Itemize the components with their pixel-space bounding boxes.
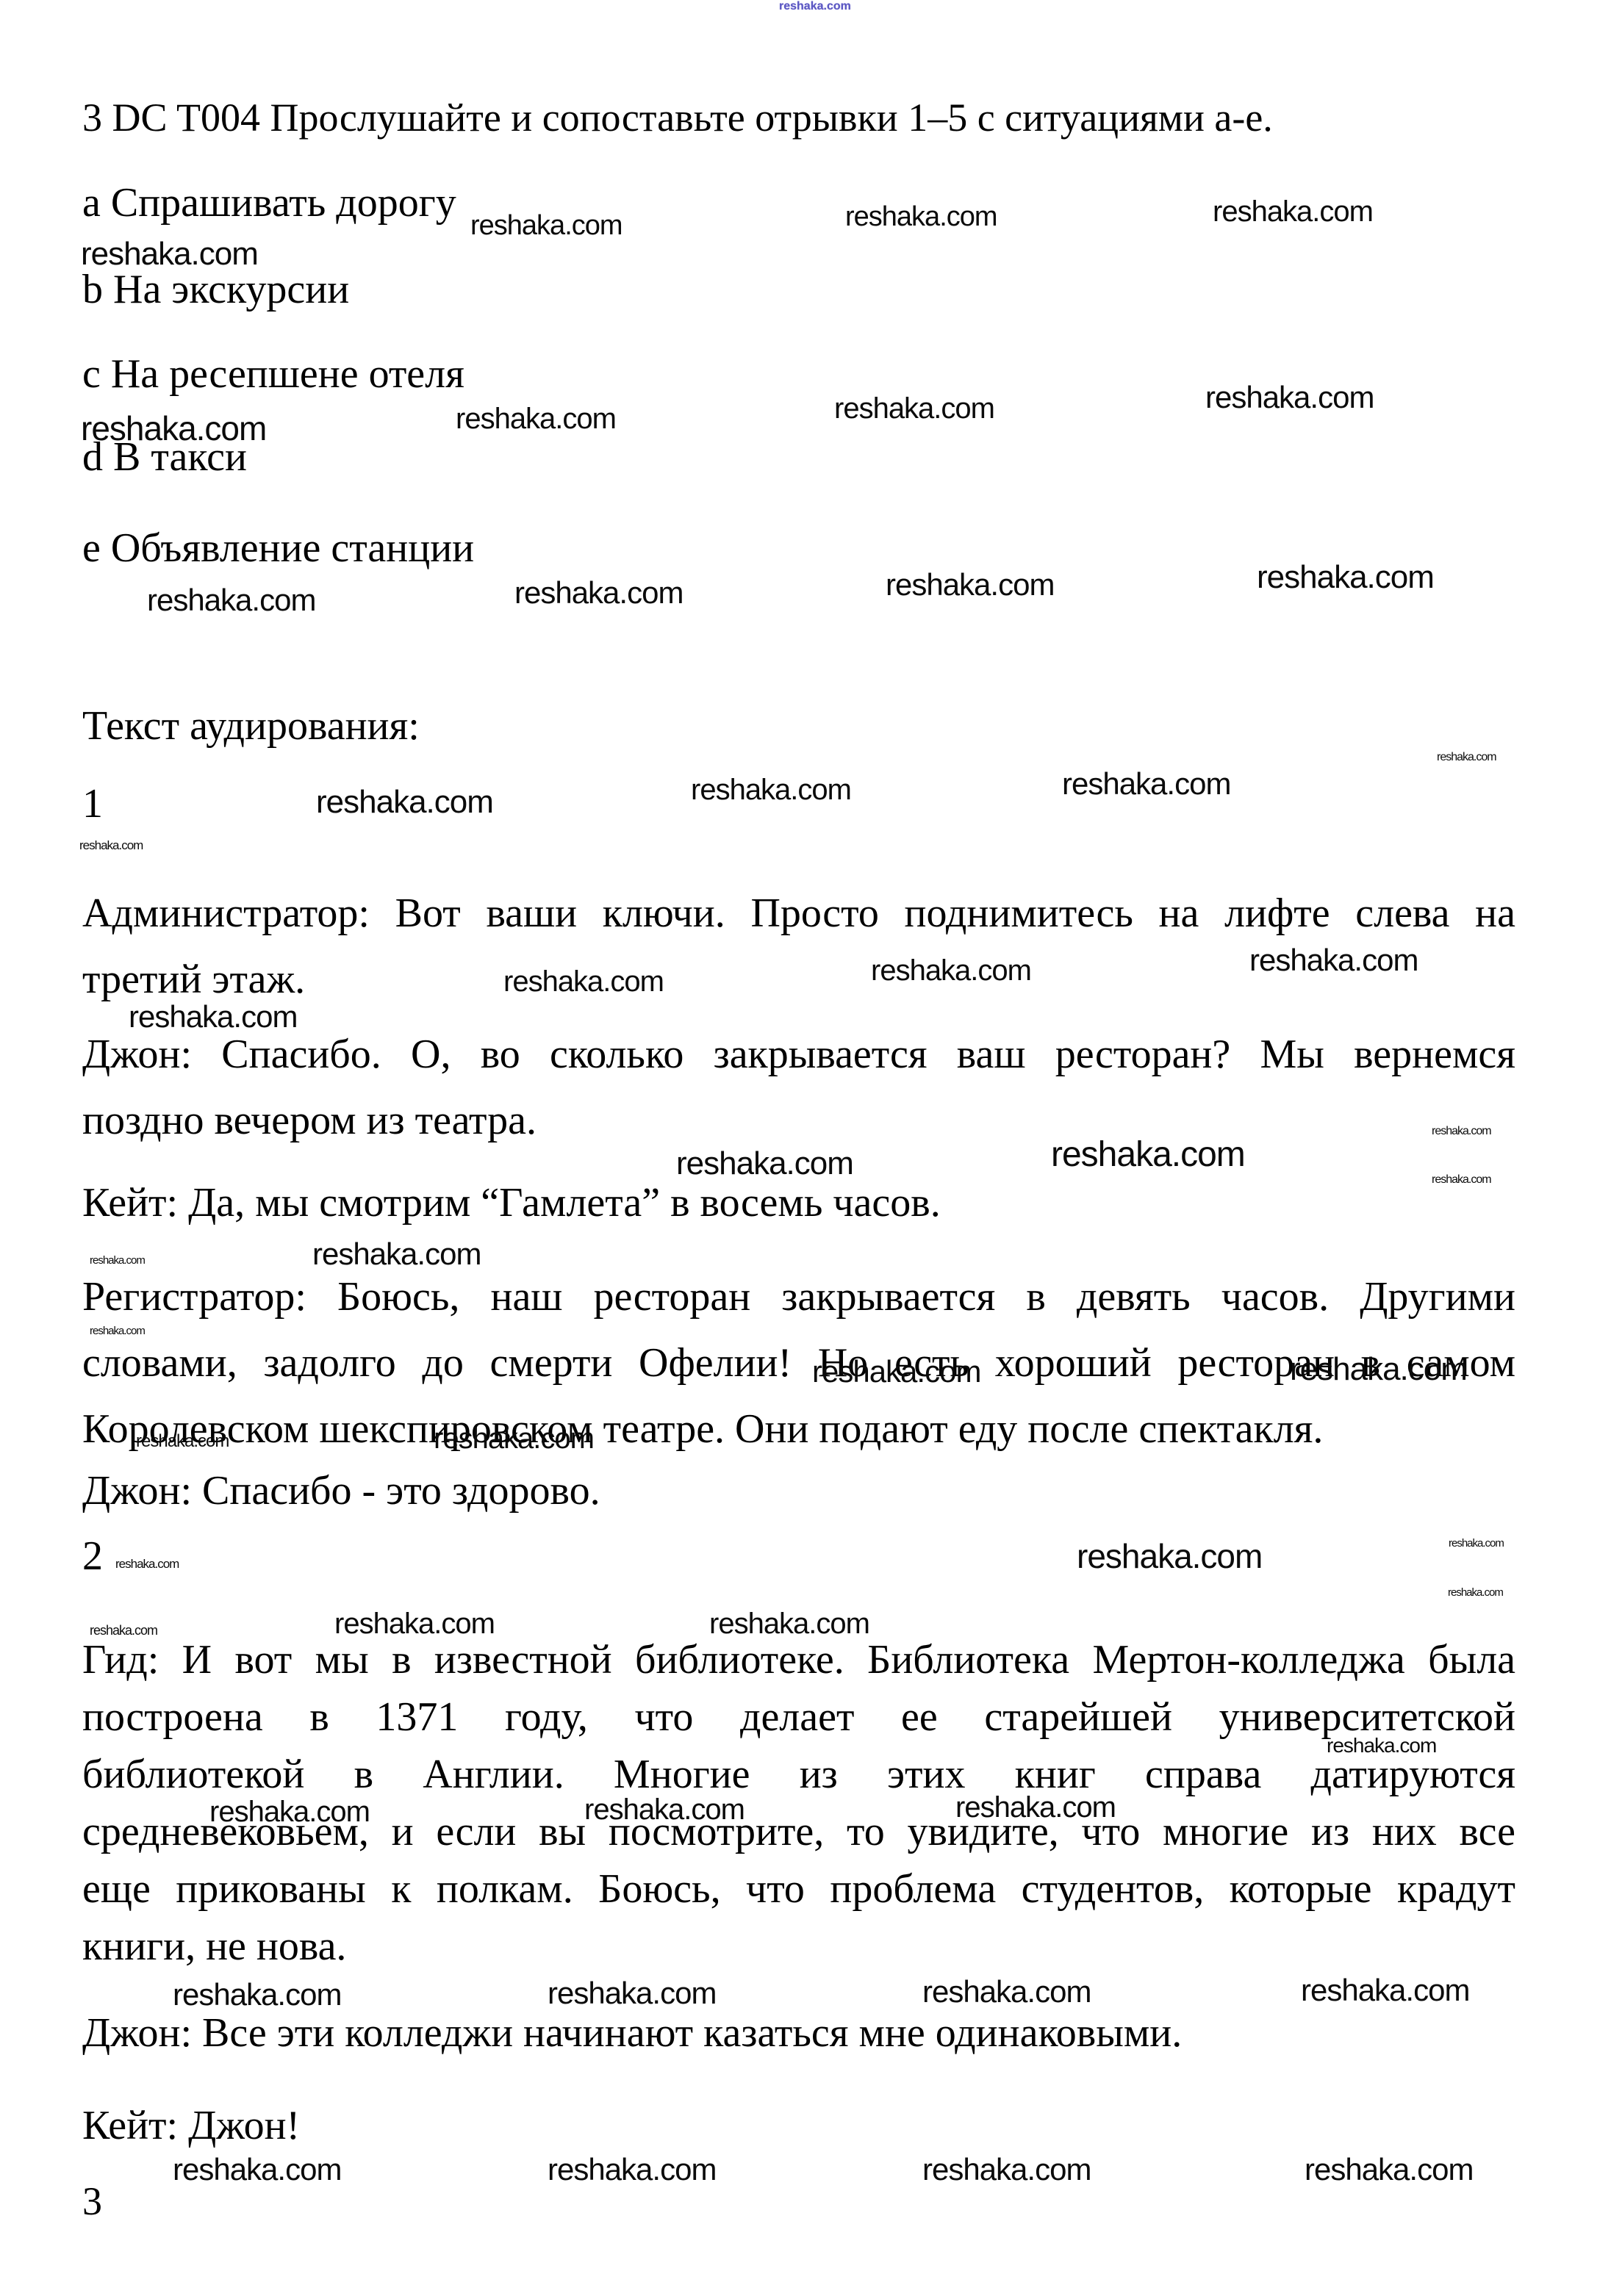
watermark-reshaka: reshaka.com	[1437, 752, 1496, 763]
watermark-reshaka: reshaka.com	[79, 839, 143, 852]
watermark-reshaka: reshaka.com	[1305, 2154, 1473, 2185]
watermark-reshaka: reshaka.com	[316, 786, 493, 818]
watermark-reshaka: reshaka.com	[312, 1239, 481, 1270]
watermark-reshaka: reshaka.com	[90, 1255, 145, 1266]
document-page: 3 DC T004 Прослушайте и сопоставьте отры…	[0, 0, 1611, 2296]
watermark-reshaka: reshaka.com	[1327, 1735, 1436, 1756]
watermark-reshaka: reshaka.com	[1432, 1126, 1491, 1137]
watermark-reshaka: reshaka.com	[1062, 769, 1230, 799]
watermark-reshaka: reshaka.com	[691, 775, 851, 805]
watermark-reshaka: reshaka.com	[1213, 197, 1373, 226]
watermark-layer: reshaka.comreshaka.comreshaka.comreshaka…	[0, 0, 1611, 2296]
watermark-reshaka: reshaka.com	[470, 212, 622, 240]
watermark-reshaka: reshaka.com	[334, 1609, 495, 1638]
watermark-reshaka: reshaka.com	[834, 394, 994, 423]
watermark-reshaka: reshaka.com	[115, 1558, 179, 1570]
watermark-reshaka: reshaka.com	[514, 577, 683, 608]
watermark-reshaka: reshaka.com	[845, 203, 997, 231]
watermark-reshaka: reshaka.com	[1448, 1587, 1503, 1598]
watermark-reshaka: reshaka.com	[173, 1979, 341, 2010]
watermark-reshaka: reshaka.com	[173, 2154, 341, 2185]
watermark-reshaka: reshaka.com	[676, 1148, 853, 1180]
watermark-reshaka: reshaka.com	[136, 1433, 229, 1450]
watermark-reshaka: reshaka.com	[90, 1624, 157, 1637]
watermark-reshaka: reshaka.com	[1290, 1353, 1467, 1386]
watermark-reshaka: reshaka.com	[812, 1356, 980, 1387]
watermark-reshaka: reshaka.com	[456, 404, 616, 433]
watermark-reshaka: reshaka.com	[886, 569, 1054, 600]
watermark-reshaka: reshaka.com	[779, 1, 851, 12]
watermark-reshaka: reshaka.com	[1051, 1137, 1245, 1173]
watermark-reshaka: reshaka.com	[871, 956, 1031, 985]
watermark-reshaka: reshaka.com	[1432, 1174, 1491, 1186]
watermark-reshaka: reshaka.com	[548, 1978, 716, 2009]
watermark-reshaka: reshaka.com	[922, 1976, 1091, 2007]
watermark-reshaka: reshaka.com	[1249, 945, 1418, 976]
watermark-reshaka: reshaka.com	[548, 2154, 716, 2185]
watermark-reshaka: reshaka.com	[955, 1793, 1116, 1822]
watermark-reshaka: reshaka.com	[1077, 1539, 1262, 1573]
watermark-reshaka: reshaka.com	[81, 238, 258, 270]
watermark-reshaka: reshaka.com	[434, 1424, 594, 1453]
watermark-reshaka: reshaka.com	[147, 585, 315, 616]
watermark-reshaka: reshaka.com	[1301, 1975, 1469, 2006]
watermark-reshaka: reshaka.com	[584, 1795, 744, 1824]
watermark-reshaka: reshaka.com	[129, 1001, 297, 1032]
watermark-reshaka: reshaka.com	[90, 1325, 145, 1336]
watermark-reshaka: reshaka.com	[709, 1609, 869, 1638]
watermark-reshaka: reshaka.com	[1449, 1538, 1504, 1549]
watermark-reshaka: reshaka.com	[1205, 382, 1374, 413]
watermark-reshaka: reshaka.com	[1257, 561, 1434, 594]
watermark-reshaka: reshaka.com	[209, 1797, 370, 1827]
watermark-reshaka: reshaka.com	[503, 967, 664, 996]
watermark-reshaka: reshaka.com	[81, 411, 266, 445]
watermark-reshaka: reshaka.com	[922, 2154, 1091, 2185]
